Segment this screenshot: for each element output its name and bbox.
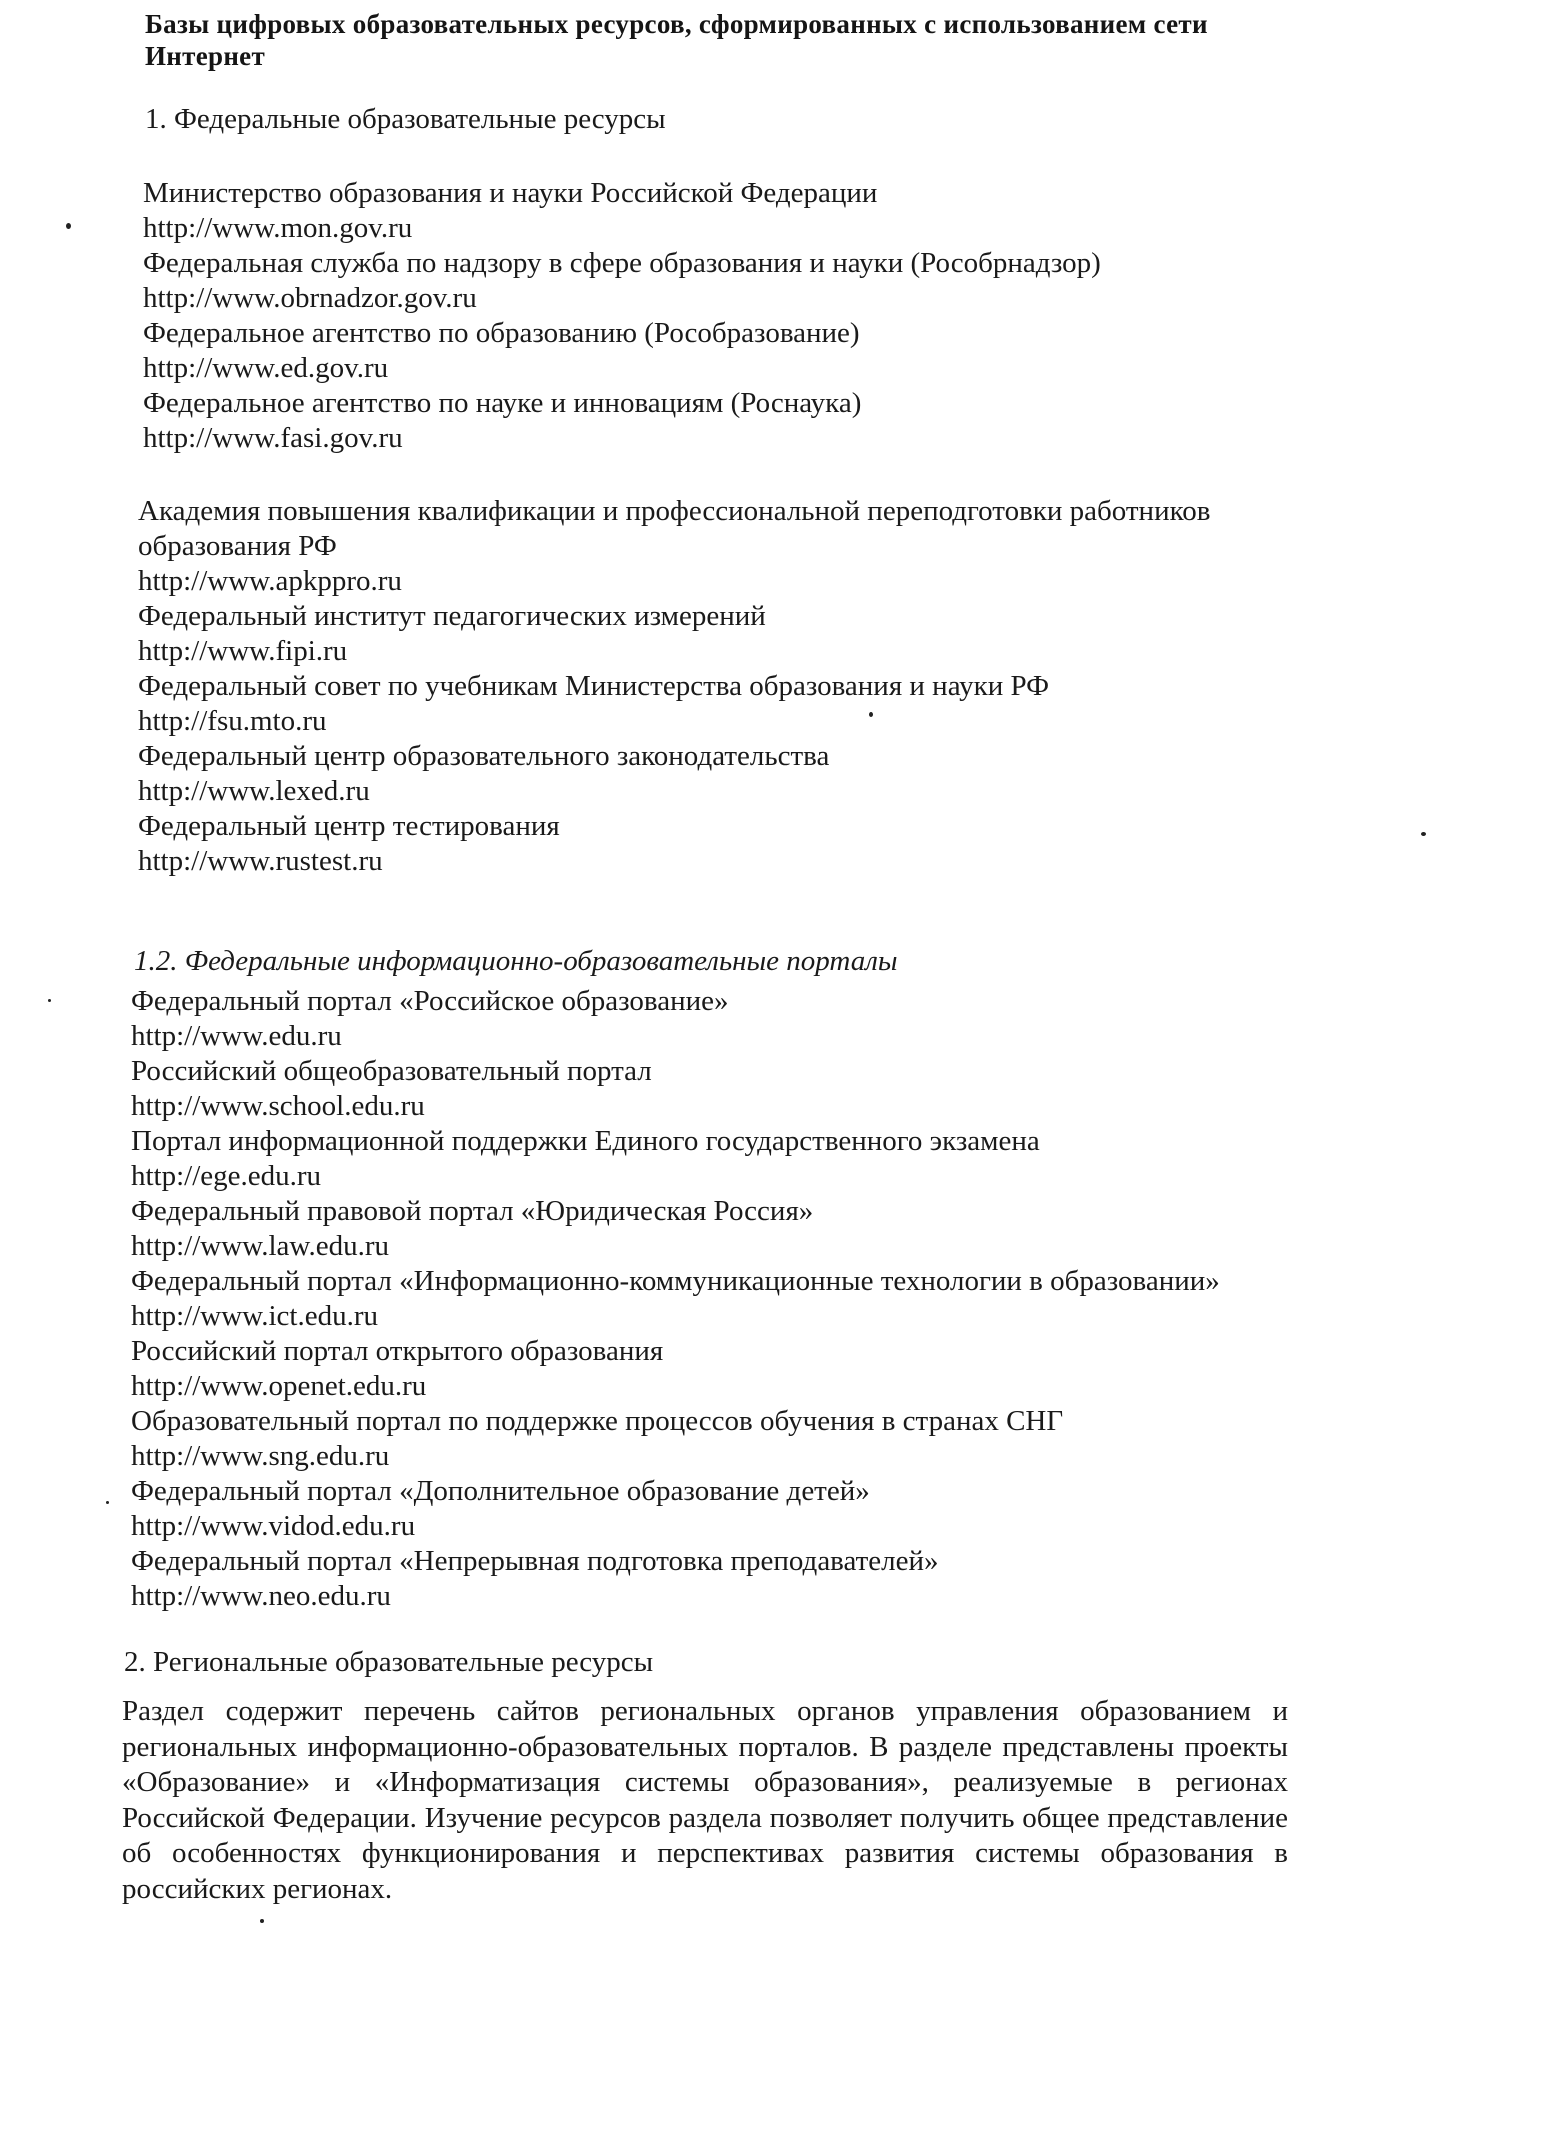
resource-link[interactable]: http://www.fasi.gov.ru (143, 421, 1101, 456)
section-1-heading: 1. Федеральные образовательные ресурсы (145, 102, 666, 136)
section-2-heading: 2. Региональные образовательные ресурсы (124, 1645, 653, 1679)
resource-name: Федеральный центр образовательного закон… (138, 739, 1210, 774)
scan-speck (48, 999, 51, 1002)
portal-name: Федеральный портал «Российское образован… (131, 984, 1220, 1019)
portal-link[interactable]: http://www.sng.edu.ru (131, 1439, 1220, 1474)
portal-link[interactable]: http://ege.edu.ru (131, 1159, 1220, 1194)
resource-link[interactable]: http://fsu.mto.ru (138, 704, 1210, 739)
document-title: Базы цифровых образовательных ресурсов, … (145, 8, 1208, 72)
portal-name: Образовательный портал по поддержке проц… (131, 1404, 1220, 1439)
portal-name: Федеральный портал «Информационно-коммун… (131, 1264, 1220, 1299)
resource-name: Федеральное агентство по образованию (Ро… (143, 316, 1101, 351)
resource-name-continued: образования РФ (138, 529, 1210, 564)
scan-speck (66, 223, 71, 229)
portal-link[interactable]: http://www.vidod.edu.ru (131, 1509, 1220, 1544)
portal-link[interactable]: http://www.ict.edu.ru (131, 1299, 1220, 1334)
resource-name: Федеральное агентство по науке и инновац… (143, 386, 1101, 421)
portal-name: Портал информационной поддержки Единого … (131, 1124, 1220, 1159)
portal-name: Федеральный портал «Непрерывная подготов… (131, 1544, 1220, 1579)
resource-link[interactable]: http://www.obrnadzor.gov.ru (143, 281, 1101, 316)
resource-name: Министерство образования и науки Российс… (143, 176, 1101, 211)
scan-speck (1421, 832, 1426, 836)
resource-link[interactable]: http://www.ed.gov.ru (143, 351, 1101, 386)
resource-name: Федеральная служба по надзору в сфере об… (143, 246, 1101, 281)
resource-link[interactable]: http://www.lexed.ru (138, 774, 1210, 809)
portal-name: Российский общеобразовательный портал (131, 1054, 1220, 1089)
scan-speck (106, 1501, 109, 1504)
section-1-group-a: Министерство образования и науки Российс… (143, 176, 1101, 456)
portal-link[interactable]: http://www.neo.edu.ru (131, 1579, 1220, 1614)
portal-name: Российский портал открытого образования (131, 1334, 1220, 1369)
section-2-paragraph: Раздел содержит перечень сайтов регионал… (122, 1694, 1288, 1907)
scan-speck (260, 1919, 264, 1923)
resource-name: Академия повышения квалификации и профес… (138, 494, 1210, 529)
resource-name: Федеральный центр тестирования (138, 809, 1210, 844)
portal-link[interactable]: http://www.school.edu.ru (131, 1089, 1220, 1124)
document-title-line-2: Интернет (145, 40, 1208, 72)
portal-link[interactable]: http://www.openet.edu.ru (131, 1369, 1220, 1404)
section-1-group-b: Академия повышения квалификации и профес… (138, 494, 1210, 879)
section-1-2-list: Федеральный портал «Российское образован… (131, 984, 1220, 1614)
resource-link[interactable]: http://www.fipi.ru (138, 634, 1210, 669)
resource-name: Федеральный совет по учебникам Министерс… (138, 669, 1210, 704)
portal-link[interactable]: http://www.edu.ru (131, 1019, 1220, 1054)
resource-name: Федеральный институт педагогических изме… (138, 599, 1210, 634)
portal-name: Федеральный портал «Дополнительное образ… (131, 1474, 1220, 1509)
section-1-2-heading: 1.2. Федеральные информационно-образоват… (134, 944, 898, 978)
resource-link[interactable]: http://www.apkppro.ru (138, 564, 1210, 599)
document-title-line-1: Базы цифровых образовательных ресурсов, … (145, 8, 1208, 40)
resource-link[interactable]: http://www.mon.gov.ru (143, 211, 1101, 246)
portal-link[interactable]: http://www.law.edu.ru (131, 1229, 1220, 1264)
portal-name: Федеральный правовой портал «Юридическая… (131, 1194, 1220, 1229)
scan-speck (869, 712, 873, 717)
resource-link[interactable]: http://www.rustest.ru (138, 844, 1210, 879)
